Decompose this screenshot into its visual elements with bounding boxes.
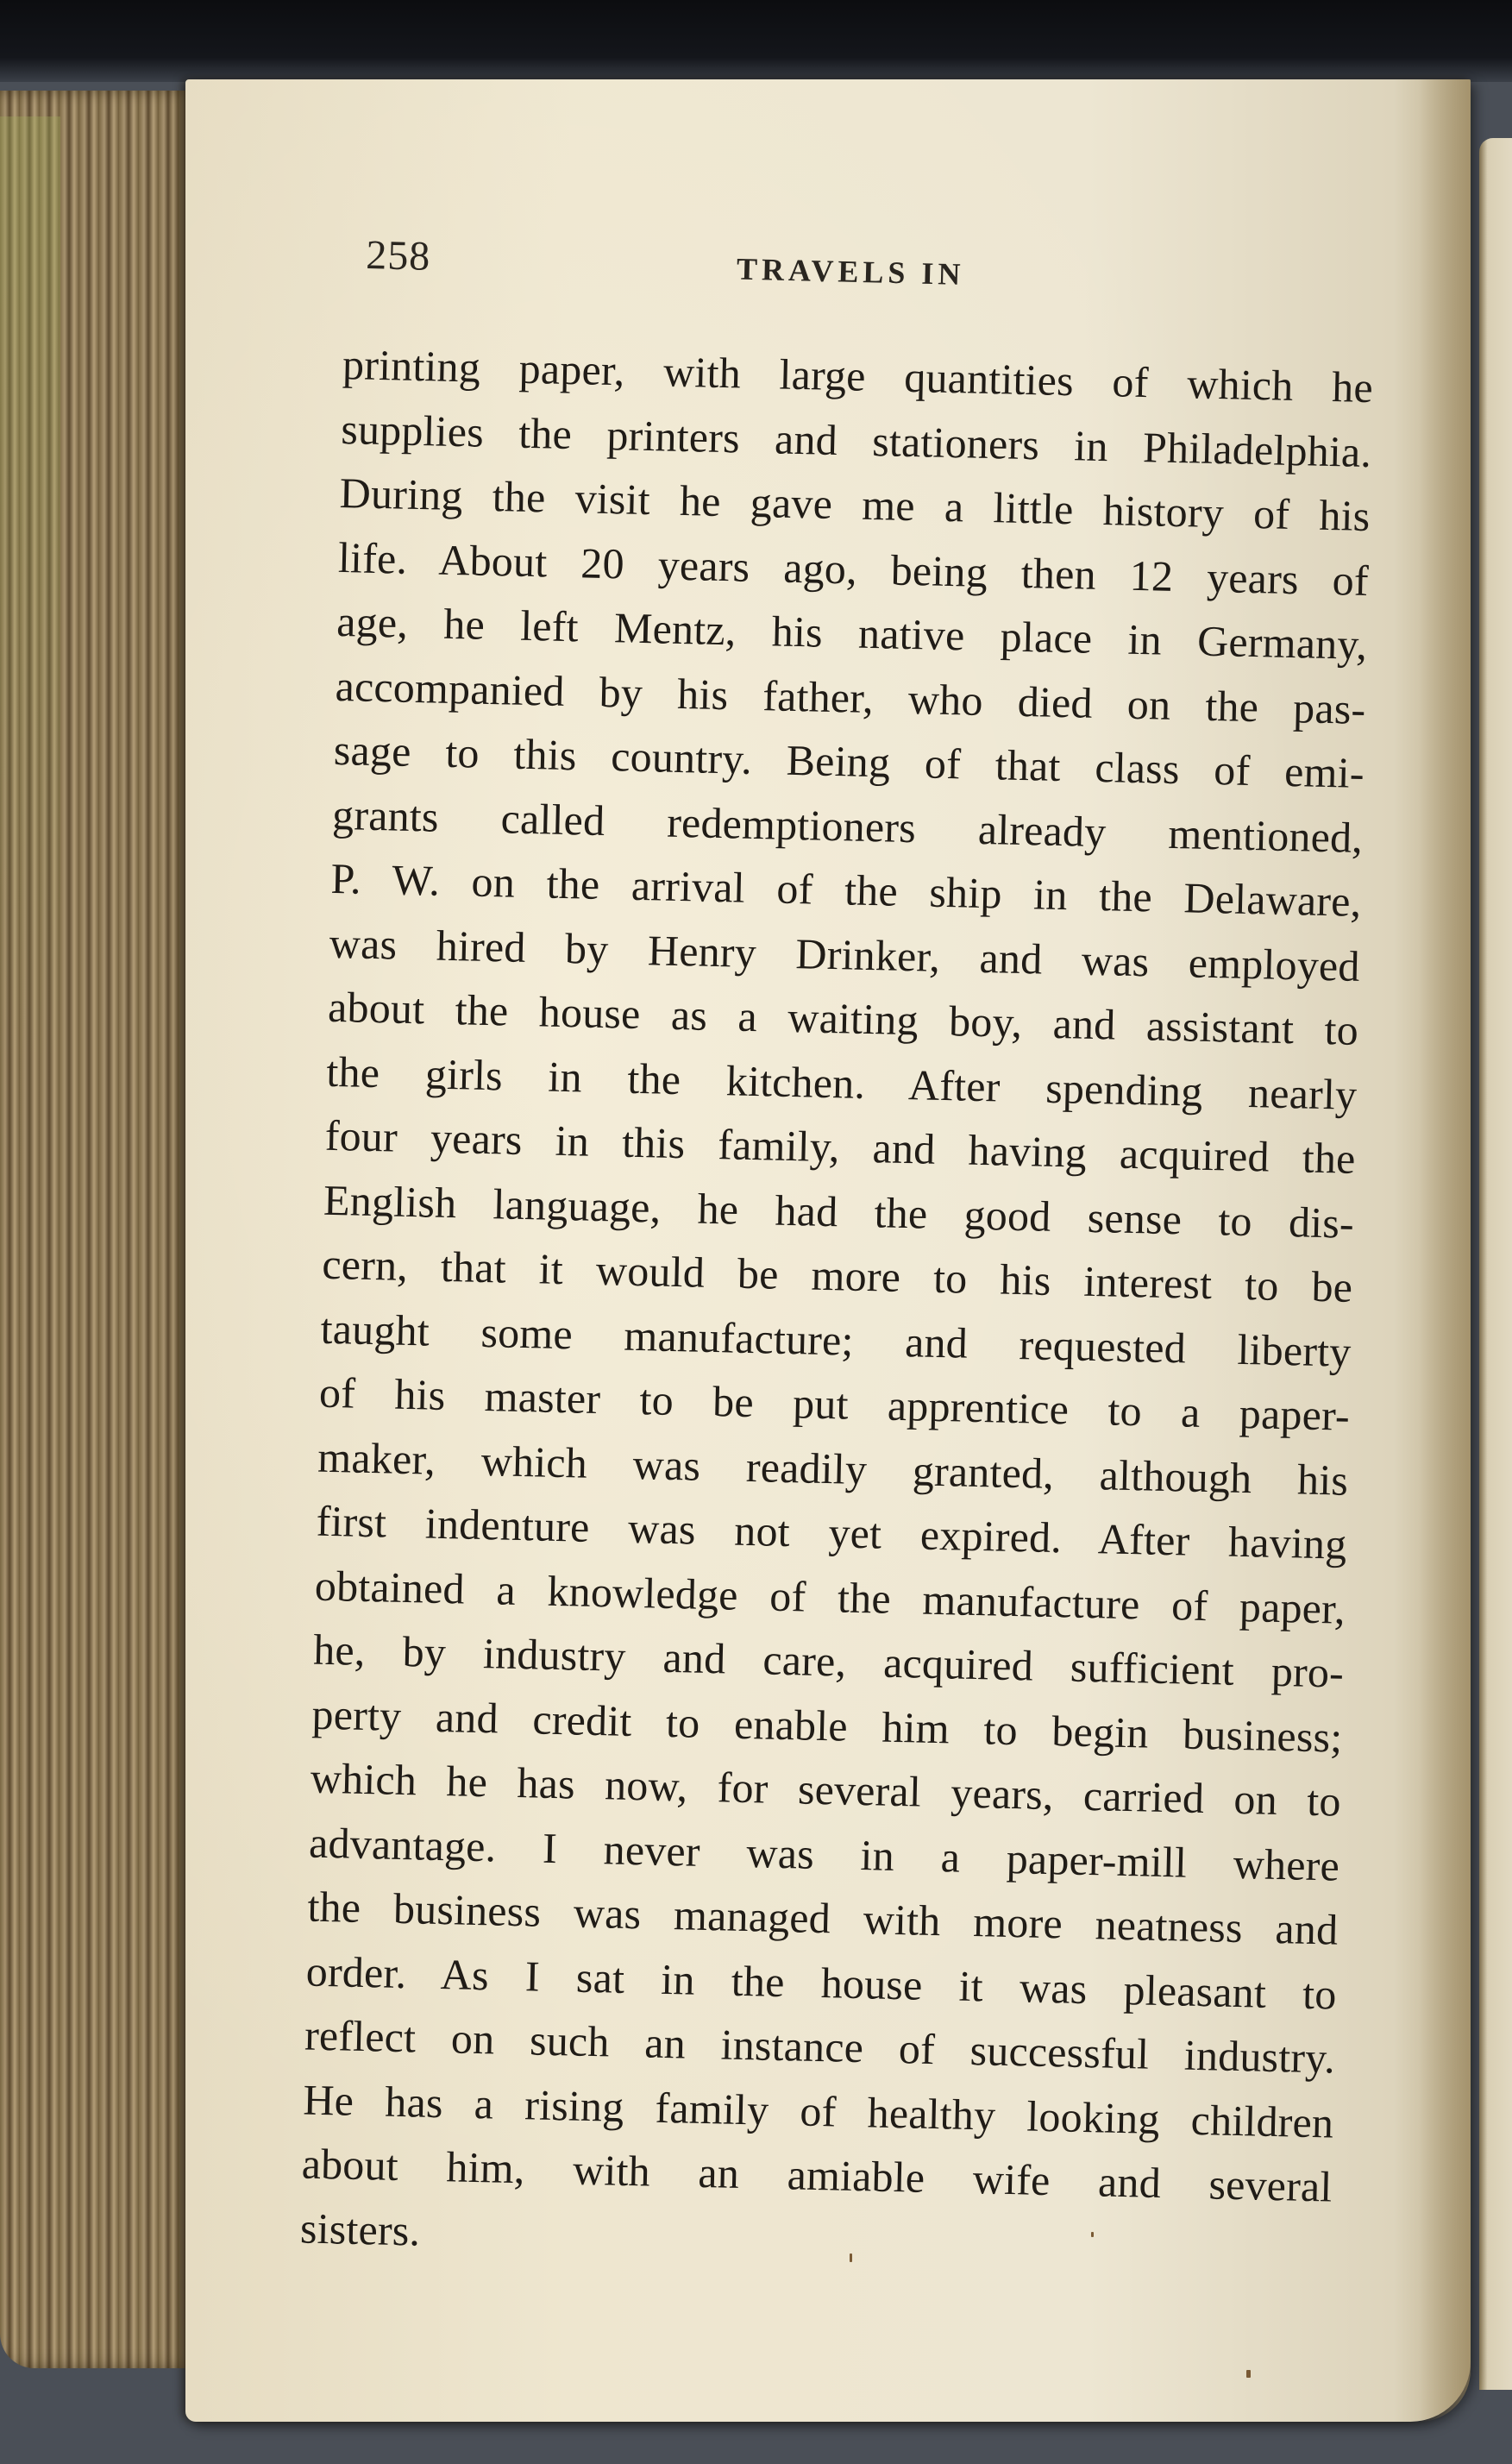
facing-page-edge: [1479, 138, 1512, 2390]
body-text: printing paper, with large quantities of…: [299, 332, 1373, 2284]
page-block-edges: [0, 91, 194, 2368]
scan-background-top: [0, 0, 1512, 82]
page-number: 258: [366, 231, 431, 280]
running-title: TRAVELS IN: [737, 251, 965, 292]
paper-speck: [1246, 2370, 1251, 2378]
